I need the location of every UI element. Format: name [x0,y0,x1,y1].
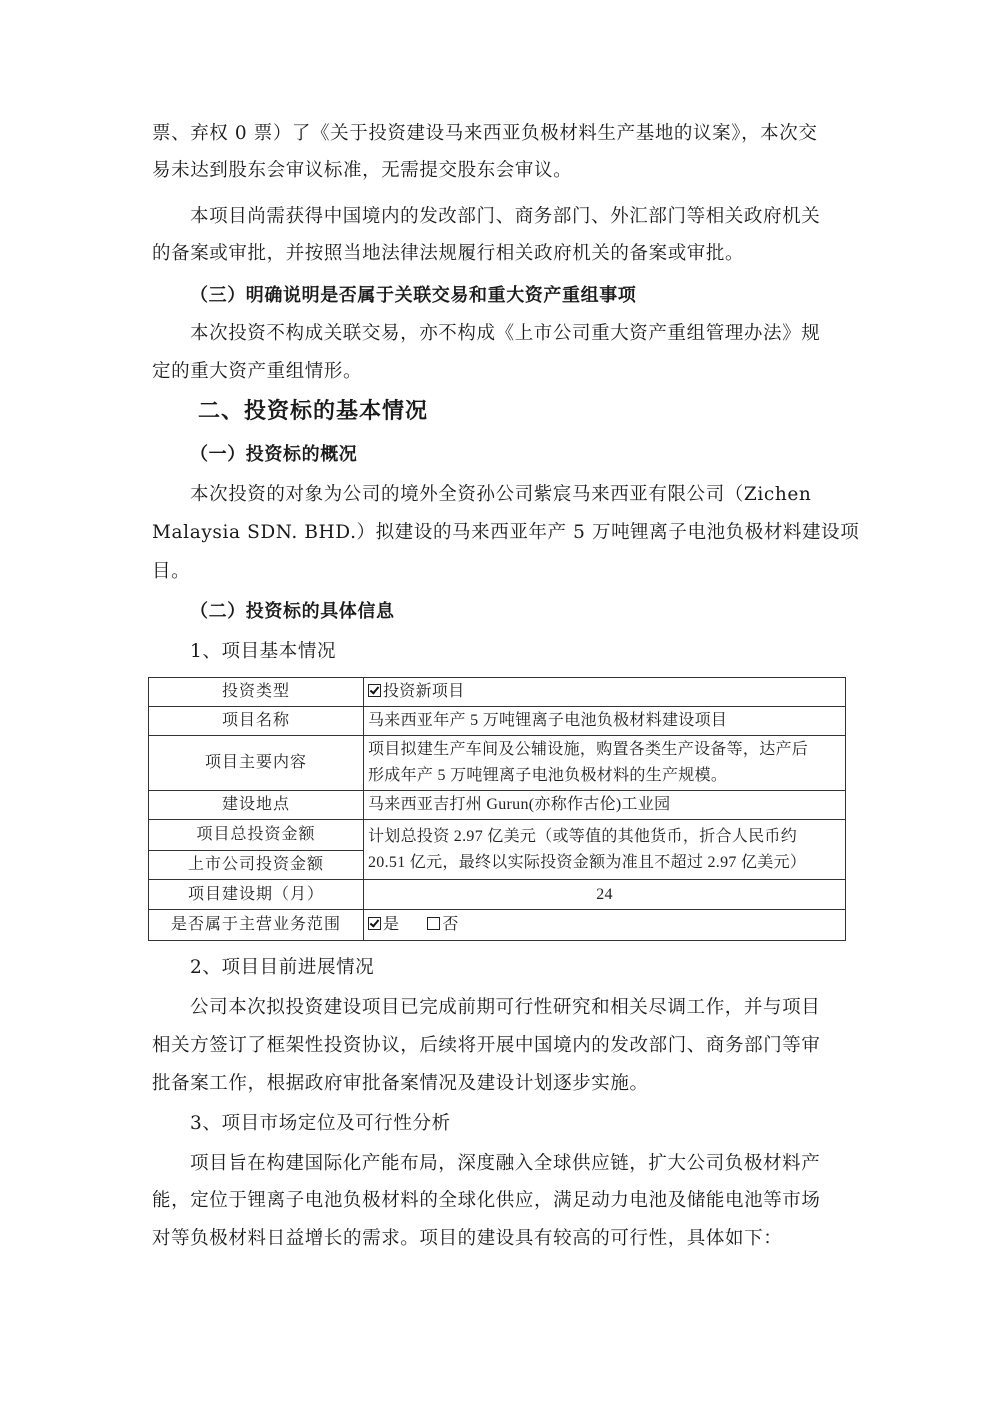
project-info-table: 投资类型 投资新项目 项目名称 马来西亚年产 5 万吨锂离子电池负极材料建设项目… [148,677,846,941]
table-row: 项目主要内容 项目拟建生产车间及公辅设施，购置各类生产设备等，达产后 形成年产 … [149,736,846,791]
table-label: 项目名称 [149,707,364,736]
paragraph-line: 的备案或审批，并按照当地法律法规履行相关政府机关的备案或审批。 [152,242,744,266]
table-label: 项目总投资金额 [149,820,364,851]
paragraph-line: 目。 [152,560,190,584]
option-yes: 是 [383,916,399,933]
table-value: 马来西亚年产 5 万吨锂离子电池负极材料建设项目 [364,707,846,736]
table-value: 是否 [364,910,846,941]
paragraph-line: 批备案工作，根据政府审批备案情况及建设计划逐步实施。 [152,1072,649,1096]
value-line: 项目拟建生产车间及公辅设施，购置各类生产设备等，达产后 [368,737,841,763]
table-value: 投资新项目 [364,678,846,707]
paragraph-line: 公司本次拟投资建设项目已完成前期可行性研究和相关尽调工作，并与项目 [190,996,820,1020]
paragraph-line: 项目旨在构建国际化产能布局，深度融入全球供应链，扩大公司负极材料产 [190,1152,820,1176]
table-label: 项目主要内容 [149,736,364,791]
table-row: 投资类型 投资新项目 [149,678,846,707]
table-row: 项目总投资金额 计划总投资 2.97 亿美元（或等值的其他货币，折合人民币约 2… [149,820,846,851]
table-label: 建设地点 [149,791,364,820]
checkbox-checked-icon [368,917,381,930]
paragraph-line: 能，定位于锂离子电池负极材料的全球化供应，满足动力电池及储能电池等市场 [152,1189,821,1213]
table-label: 项目建设期（月） [149,880,364,910]
chapter-heading: 二、投资标的基本情况 [198,400,428,424]
table-label: 上市公司投资金额 [149,851,364,880]
investment-type-value: 投资新项目 [383,683,465,700]
item-heading: 3、项目市场定位及可行性分析 [190,1112,451,1136]
paragraph-line: Malaysia SDN. BHD.）拟建设的马来西亚年产 5 万吨锂离子电池负… [152,521,859,545]
table-label: 投资类型 [149,678,364,707]
table-row: 是否属于主营业务范围 是否 [149,910,846,941]
table-row: 项目名称 马来西亚年产 5 万吨锂离子电池负极材料建设项目 [149,707,846,736]
value-line: 计划总投资 2.97 亿美元（或等值的其他货币，折合人民币约 [368,824,841,850]
paragraph-line: 本项目尚需获得中国境内的发改部门、商务部门、外汇部门等相关政府机关 [190,205,820,229]
table-label: 是否属于主营业务范围 [149,910,364,941]
subsection-heading: （二）投资标的具体信息 [190,600,395,624]
section-heading: （三）明确说明是否属于关联交易和重大资产重组事项 [190,284,636,308]
paragraph-line: 票、弃权 0 票）了《关于投资建设马来西亚负极材料生产基地的议案》，本次交 [152,122,817,146]
paragraph-line: 易未达到股东会审议标准，无需提交股东会审议。 [152,159,572,183]
checkbox-checked-icon [368,684,381,697]
paragraph-line: 相关方签订了框架性投资协议，后续将开展中国境内的发改部门、商务部门等审 [152,1034,821,1058]
table-value: 计划总投资 2.97 亿美元（或等值的其他货币，折合人民币约 20.51 亿元，… [364,820,846,880]
table-row: 建设地点 马来西亚吉打州 Gurun(亦称作古伦)工业园 [149,791,846,820]
paragraph-line: 本次投资的对象为公司的境外全资孙公司紫宸马来西亚有限公司（Zichen [190,483,811,507]
table-row: 项目建设期（月） 24 [149,880,846,910]
table-value: 项目拟建生产车间及公辅设施，购置各类生产设备等，达产后 形成年产 5 万吨锂离子… [364,736,846,791]
paragraph-line: 对等负极材料日益增长的需求。项目的建设具有较高的可行性，具体如下： [152,1227,782,1251]
value-line: 形成年产 5 万吨锂离子电池负极材料的生产规模。 [368,763,841,789]
table-value: 24 [364,880,846,910]
subsection-heading: （一）投资标的概况 [190,443,357,467]
option-no: 否 [442,916,458,933]
checkbox-empty-icon [427,917,440,930]
item-heading: 2、项目目前进展情况 [190,956,374,980]
paragraph-line: 定的重大资产重组情形。 [152,360,362,384]
paragraph-line: 本次投资不构成关联交易，亦不构成《上市公司重大资产重组管理办法》规 [190,322,820,346]
value-line: 20.51 亿元，最终以实际投资金额为准且不超过 2.97 亿美元） [368,850,841,876]
item-heading: 1、项目基本情况 [190,640,336,664]
table-value: 马来西亚吉打州 Gurun(亦称作古伦)工业园 [364,791,846,820]
